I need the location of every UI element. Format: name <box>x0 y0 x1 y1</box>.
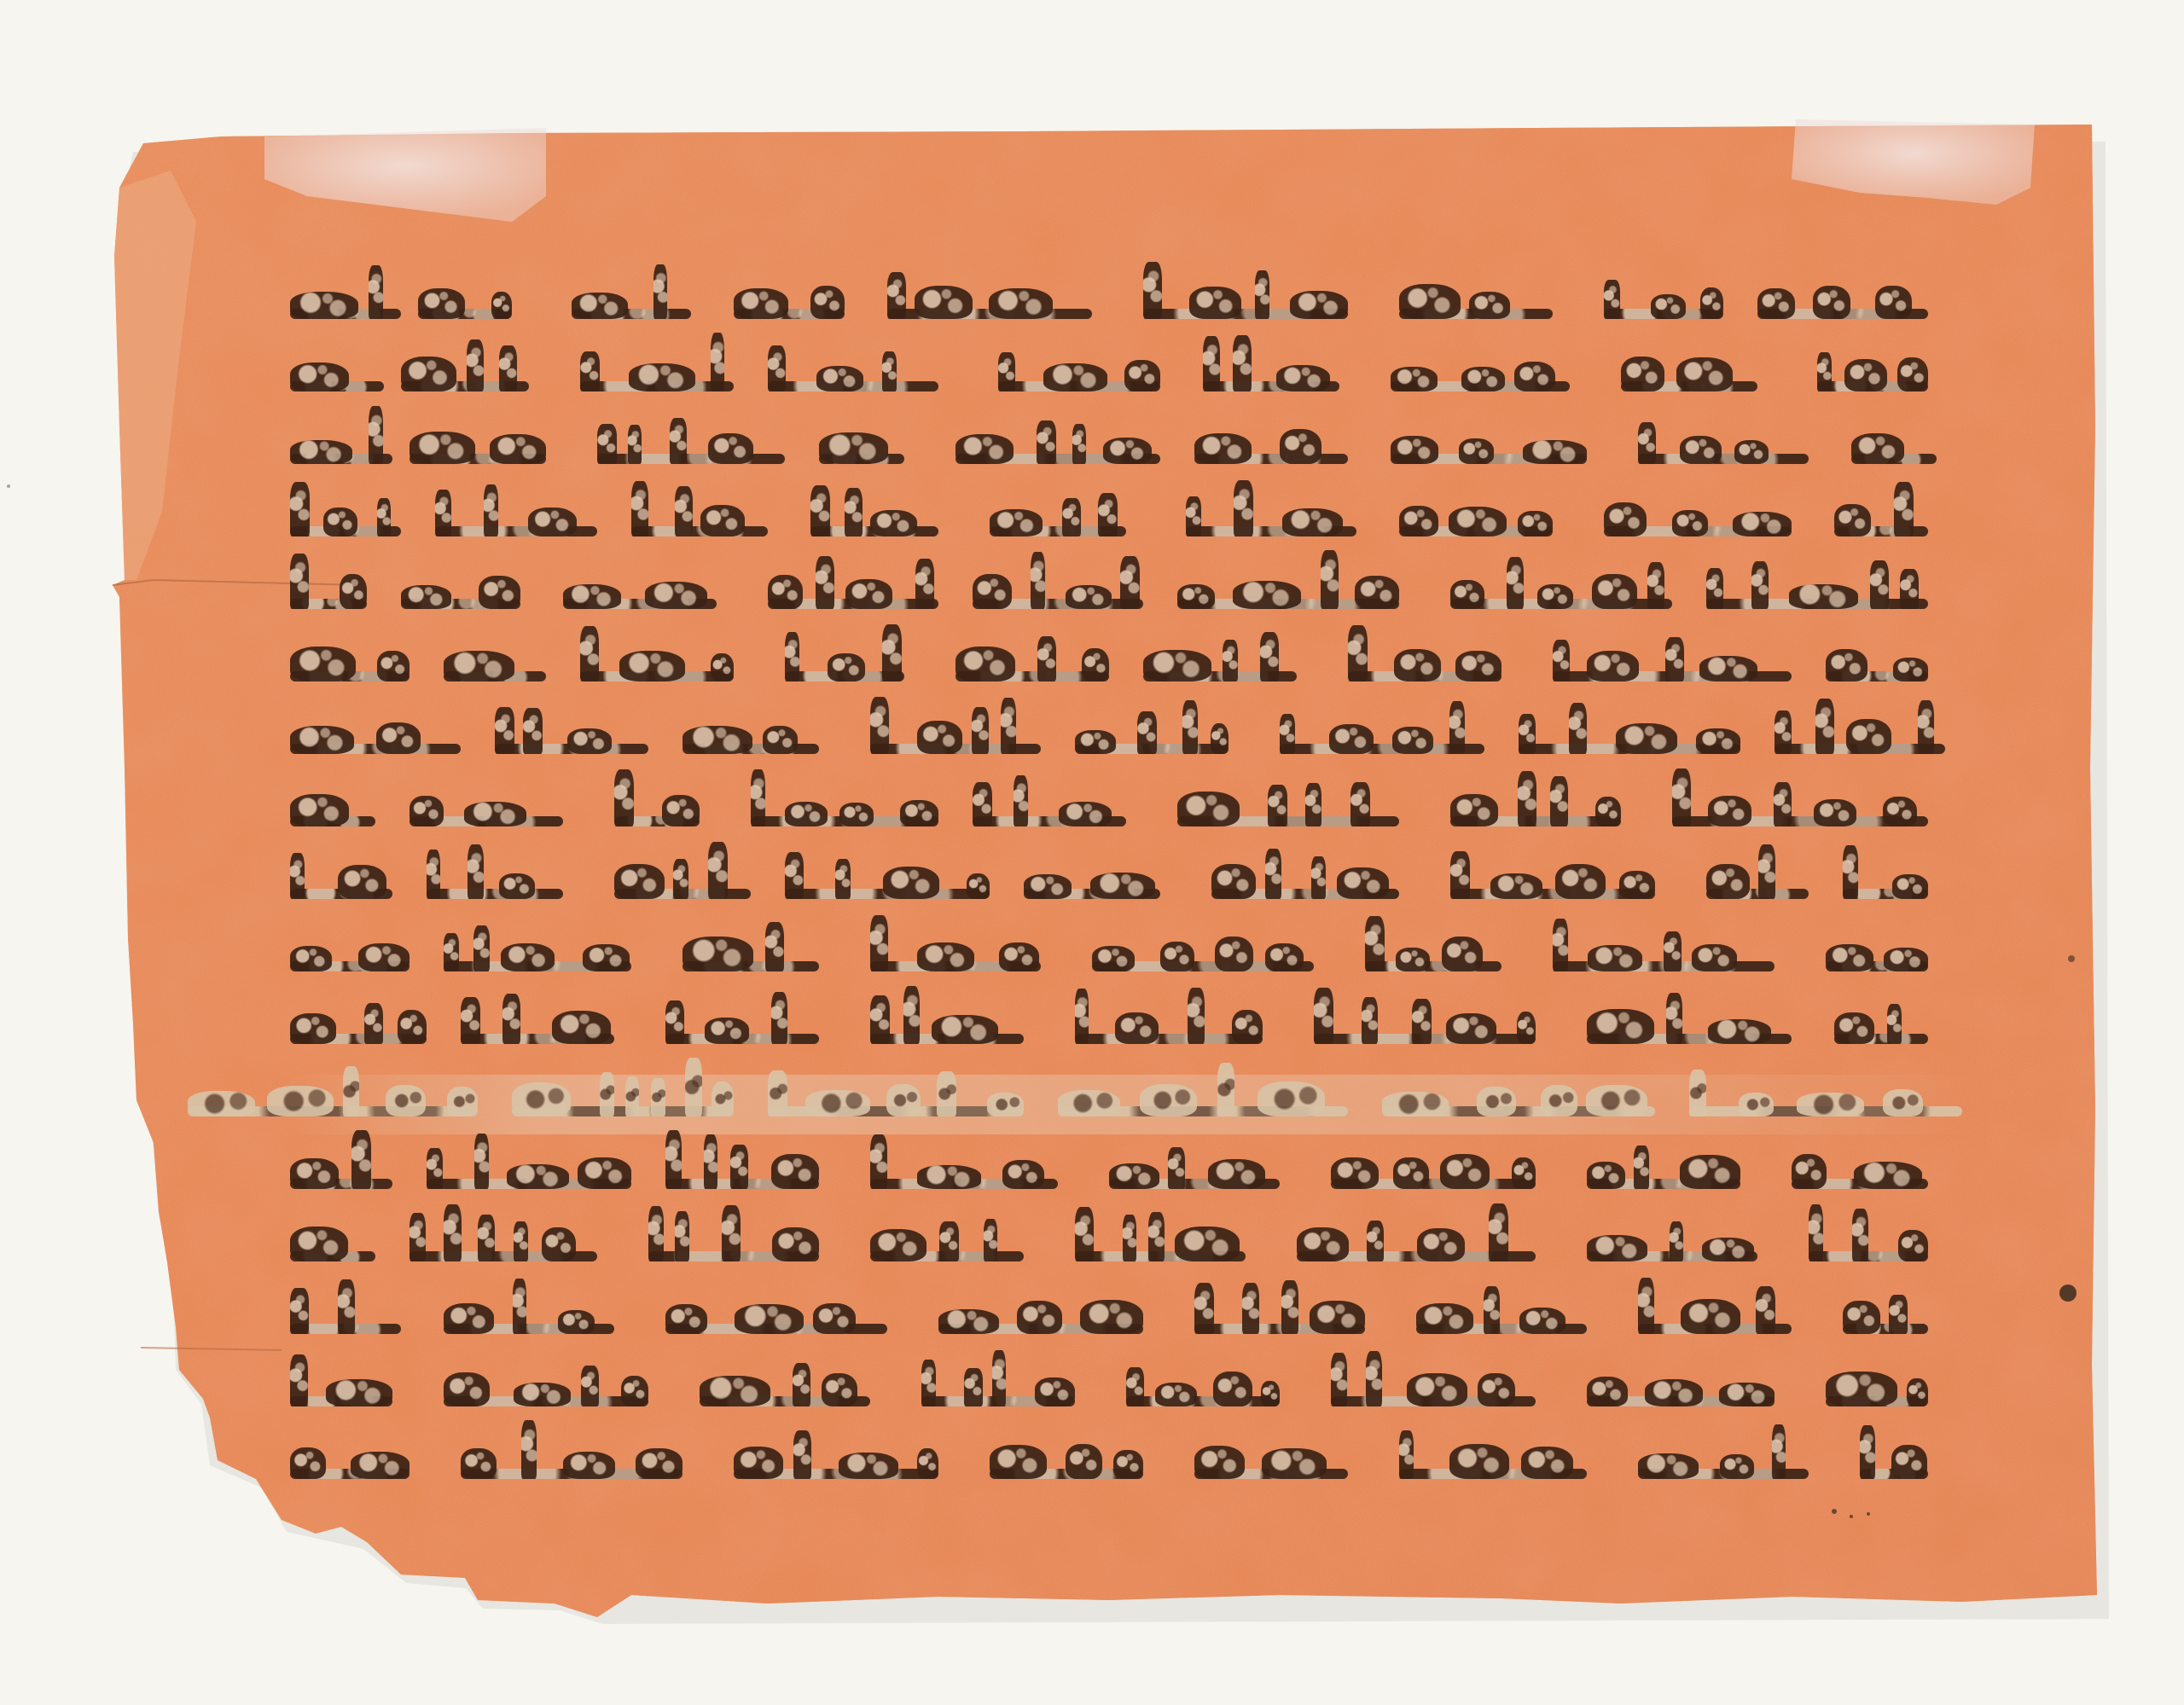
ink-bowl <box>839 803 874 826</box>
ink-bowl <box>1907 1378 1928 1406</box>
ink-stem <box>1518 771 1536 826</box>
ink-stem <box>478 1215 495 1261</box>
ink-bowl <box>845 579 892 609</box>
ink-bowl <box>1681 1299 1740 1334</box>
ink-stem <box>1014 775 1028 826</box>
ink-bowl <box>708 433 753 464</box>
script-line <box>290 774 1979 833</box>
ink-bowl <box>1407 1373 1467 1406</box>
ink-bowl <box>987 1093 1024 1116</box>
ink-bowl <box>1446 1013 1496 1044</box>
ink-bowl <box>386 1085 426 1116</box>
script-line <box>290 1209 1979 1268</box>
ink-bowl <box>1893 658 1928 681</box>
ink-stem <box>1234 480 1253 536</box>
ink-stem <box>1143 262 1162 319</box>
ink-bowl <box>1211 864 1256 899</box>
ink-bowl <box>1035 1377 1075 1406</box>
ink-bowl <box>1331 1157 1379 1189</box>
ink-bowl <box>1586 1085 1647 1116</box>
ink-stem <box>444 1204 462 1261</box>
ink-bowl <box>1155 1383 1197 1406</box>
ink-bowl <box>507 1164 569 1189</box>
ink-bowl <box>917 721 962 754</box>
ink-bowl <box>938 1309 999 1334</box>
ink-stem <box>751 769 765 826</box>
ink-bowl <box>763 726 798 754</box>
ink-stem <box>704 1134 717 1189</box>
ink-stem <box>1037 420 1056 464</box>
ink-bowl <box>1672 510 1708 536</box>
ink-bowl <box>1382 1092 1449 1116</box>
ink-stem <box>1148 1212 1165 1261</box>
ink-bowl <box>1043 363 1107 391</box>
ink-stem <box>1186 496 1201 536</box>
ink-bowl <box>1261 1381 1280 1406</box>
ink-stem <box>972 707 989 754</box>
ink-stem <box>1774 782 1792 826</box>
ink-bowl <box>1680 436 1722 464</box>
ink-bowl <box>501 943 555 971</box>
ink-stem <box>1843 845 1858 899</box>
ink-stem <box>1348 625 1368 681</box>
ink-stem <box>1072 424 1086 464</box>
ink-bowl <box>188 1091 255 1116</box>
ink-bowl <box>1514 362 1555 391</box>
ink-stem <box>1242 1283 1259 1334</box>
edge-spot <box>2059 1285 2077 1302</box>
ink-bowl <box>563 584 621 609</box>
ink-stroke <box>427 889 563 899</box>
ink-bowl <box>1616 723 1677 754</box>
ink-stem <box>1350 782 1370 826</box>
ink-bowl <box>614 864 665 899</box>
ink-stroke <box>597 454 785 464</box>
ink-stem <box>793 1430 811 1479</box>
ink-stem <box>600 1072 614 1116</box>
ink-stem <box>651 1078 665 1116</box>
ink-bowl <box>1391 367 1438 391</box>
ink-bowl <box>290 1013 336 1044</box>
ink-bowl <box>1696 728 1740 754</box>
script-line <box>290 629 1979 688</box>
ink-bowl <box>973 574 1012 609</box>
ink-bowl <box>572 293 628 319</box>
ink-bowl <box>358 943 409 971</box>
ink-bowl <box>1459 438 1494 464</box>
ink-bowl <box>1355 576 1399 609</box>
ink-bowl <box>712 1082 734 1116</box>
ink-bowl <box>409 432 475 464</box>
ink-stem <box>1894 482 1914 536</box>
ink-stem <box>351 1130 371 1189</box>
ink-bowl <box>1592 574 1637 609</box>
ink-bowl <box>267 1086 334 1116</box>
ink-stem <box>1672 768 1691 826</box>
ink-bowl <box>1792 1154 1827 1189</box>
ink-bowl <box>1699 656 1757 681</box>
ink-bowl <box>1189 287 1241 319</box>
ink-stem <box>343 1066 359 1116</box>
script-line <box>290 1281 1979 1341</box>
ink-bowl <box>1883 797 1917 826</box>
ink-stem <box>730 1145 748 1189</box>
ink-stem <box>435 490 451 536</box>
ink-bowl <box>1440 1154 1490 1189</box>
ink-bowl <box>1140 1084 1197 1116</box>
ink-bowl <box>1587 1235 1647 1261</box>
ink-bowl <box>662 795 700 826</box>
ink-stem <box>768 345 786 391</box>
ink-bowl <box>1518 511 1553 536</box>
ink-bowl <box>1734 440 1769 464</box>
ink-bowl <box>1512 1157 1536 1189</box>
ink-bowl <box>1066 585 1112 609</box>
ink-stem <box>937 1071 956 1116</box>
ink-stem <box>369 265 383 319</box>
ink-stem <box>1126 1367 1144 1406</box>
ink-bowl <box>1587 651 1639 681</box>
ink-stem <box>870 697 889 754</box>
ink-bowl <box>1282 508 1343 536</box>
ink-bowl <box>1813 286 1850 319</box>
ink-bowl <box>1276 365 1330 391</box>
ink-bowl <box>1109 1163 1159 1189</box>
script-line <box>290 484 1979 543</box>
ink-stem <box>484 484 498 536</box>
ink-stem <box>1037 636 1056 681</box>
ink-bowl <box>1645 1379 1703 1406</box>
ink-stem <box>1188 988 1205 1044</box>
ink-bowl <box>552 1011 611 1044</box>
ink-stem <box>1817 352 1832 391</box>
ink-stem <box>1223 640 1238 681</box>
ink-bowl <box>1417 1228 1465 1261</box>
ink-stem <box>1182 700 1198 754</box>
ink-bowl <box>1706 864 1750 899</box>
ink-bowl <box>1194 433 1252 464</box>
ink-stroke <box>631 526 768 536</box>
ink-stem <box>499 345 517 391</box>
ink-stem <box>1305 783 1321 826</box>
ink-stem <box>1519 714 1536 754</box>
ink-stem <box>675 486 693 536</box>
ink-bowl <box>990 1445 1047 1479</box>
ink-stem <box>1604 280 1620 319</box>
ink-bowl <box>621 1376 648 1406</box>
ink-stem <box>1489 1203 1508 1261</box>
ink-bowl <box>1080 1300 1143 1334</box>
ink-stem <box>631 481 648 536</box>
script-line <box>290 846 1979 906</box>
ink-bowl <box>1739 1093 1774 1116</box>
ink-bowl <box>1265 943 1304 971</box>
ink-stem <box>1399 1430 1414 1479</box>
ink-stem <box>1137 711 1157 754</box>
ink-bowl <box>290 647 356 681</box>
ink-stem <box>1852 1209 1868 1261</box>
ink-bowl <box>785 802 828 826</box>
ink-bowl <box>444 1303 494 1334</box>
ink-bowl <box>447 1087 478 1116</box>
ink-stem <box>1889 1295 1908 1334</box>
ink-bowl <box>290 362 349 391</box>
ink-stem <box>810 485 830 536</box>
ink-bowl <box>1757 288 1795 319</box>
ink-bowl <box>1392 727 1433 754</box>
ink-bowl <box>1621 357 1664 391</box>
script-line <box>290 1136 1979 1196</box>
ink-bowl <box>1478 1373 1515 1406</box>
ink-bowl <box>1692 944 1737 971</box>
ink-bowl <box>1517 1012 1536 1044</box>
ink-stem <box>427 1148 443 1189</box>
ink-stem <box>444 933 459 971</box>
ink-stem <box>1366 1351 1382 1406</box>
ink-stem <box>984 1219 997 1261</box>
ink-stem <box>1550 776 1568 826</box>
ink-stem <box>1311 856 1326 899</box>
script-line <box>290 339 1979 398</box>
ink-stem <box>502 994 520 1044</box>
ink-stem <box>1062 498 1081 536</box>
ink-bowl <box>1177 792 1240 826</box>
ink-bowl <box>1393 1157 1429 1189</box>
ink-bowl <box>1720 1454 1754 1479</box>
ink-bowl <box>1844 359 1887 391</box>
ink-stem <box>673 859 688 899</box>
ink-bowl <box>578 1157 631 1189</box>
ink-stem <box>771 992 787 1044</box>
ink-bowl <box>461 1448 497 1479</box>
ink-bowl <box>290 292 358 319</box>
ink-stem <box>513 1279 526 1334</box>
ink-bowl <box>1017 1301 1062 1334</box>
ink-stem <box>1751 561 1769 609</box>
ink-bowl <box>1619 871 1655 899</box>
ink-bowl <box>828 653 865 681</box>
ink-stem <box>816 556 834 609</box>
ink-bowl <box>1884 948 1928 971</box>
ink-stem <box>685 1058 702 1116</box>
ink-bowl <box>1232 1010 1263 1044</box>
ink-stem <box>1449 701 1465 754</box>
ink-bowl <box>629 363 695 391</box>
ink-bowl <box>1461 367 1505 391</box>
ink-bowl <box>1208 1159 1265 1189</box>
ink-stem <box>1666 993 1682 1044</box>
ink-bowl <box>955 647 1015 681</box>
ink-stem <box>665 1000 684 1044</box>
ink-stem <box>1815 699 1834 754</box>
ink-stem <box>835 859 851 899</box>
ink-bowl <box>1892 874 1928 899</box>
ink-bowl <box>917 942 974 971</box>
ink-stem <box>1758 844 1775 899</box>
ink-bowl <box>1826 1372 1897 1406</box>
ink-bowl <box>1211 723 1228 754</box>
ink-bowl <box>376 722 421 754</box>
ink-stem <box>1123 1215 1136 1261</box>
ink-stem <box>998 352 1015 391</box>
ink-bowl <box>351 1452 409 1479</box>
ink-bowl <box>636 1448 682 1479</box>
ink-stem <box>1365 916 1385 971</box>
ink-bowl <box>768 575 803 609</box>
ink-bowl <box>528 507 577 536</box>
ink-bowl <box>491 292 512 319</box>
ink-bowl <box>1702 1238 1754 1261</box>
ink-bowl <box>1700 287 1723 319</box>
ink-bowl <box>1587 1377 1628 1406</box>
ink-bowl <box>1708 1019 1771 1044</box>
ink-stem <box>915 559 934 609</box>
script-line <box>290 701 1979 761</box>
ink-stem <box>648 1206 664 1261</box>
ink-stem <box>290 853 305 899</box>
ink-bowl <box>1587 1009 1654 1044</box>
ink-bowl <box>822 1373 857 1406</box>
ink-bowl <box>771 1154 819 1189</box>
ink-stem <box>921 1360 936 1406</box>
ink-stem <box>1075 1207 1094 1261</box>
ink-stem <box>1689 1070 1706 1116</box>
ink-bowl <box>444 1372 490 1406</box>
ink-stem <box>495 707 514 754</box>
ink-stem <box>1638 1278 1654 1334</box>
ink-bowl <box>290 1158 339 1189</box>
ink-bowl <box>1676 357 1733 391</box>
ink-bowl <box>1898 1230 1928 1261</box>
ink-bowl <box>583 944 630 971</box>
ink-stem <box>785 632 799 681</box>
ink-bowl <box>1396 948 1430 971</box>
ink-bowl <box>398 1010 427 1044</box>
ink-stem <box>1809 1204 1823 1261</box>
ink-bowl <box>1450 794 1498 826</box>
ink-bowl <box>1469 292 1510 319</box>
ink-bowl <box>917 1165 981 1189</box>
ink-stem <box>1772 1424 1786 1479</box>
ink-stem <box>1638 422 1656 464</box>
ink-stem <box>1255 270 1269 319</box>
ink-bowl <box>1588 945 1642 971</box>
ink-stem <box>1281 1280 1298 1334</box>
ink-bowl <box>1090 873 1155 899</box>
ink-bowl <box>326 1379 392 1406</box>
ink-bowl <box>917 1448 938 1479</box>
ink-bowl <box>1215 937 1253 971</box>
ink-bowl <box>682 726 752 754</box>
ink-bowl <box>1399 506 1438 536</box>
ink-bowl <box>290 1227 348 1261</box>
ink-bowl <box>499 873 535 899</box>
ink-bowl <box>665 1304 707 1334</box>
ink-bowl <box>1604 502 1647 536</box>
ink-stem <box>1217 1063 1234 1116</box>
ink-bowl <box>409 796 444 826</box>
ink-bowl <box>464 802 526 826</box>
ink-stem <box>1647 562 1664 609</box>
ink-bowl <box>967 873 990 899</box>
ink-bowl <box>542 1227 576 1261</box>
ink-bowl <box>839 1453 898 1479</box>
ink-bowl <box>1541 1085 1577 1116</box>
ink-bowl <box>490 434 546 464</box>
ink-bowl <box>883 867 939 899</box>
ink-stem <box>1484 1286 1500 1334</box>
ink-bowl <box>1329 724 1374 754</box>
script-line <box>290 1426 1979 1486</box>
ink-stem <box>973 782 992 826</box>
ink-stem <box>675 1211 689 1261</box>
ink-stem <box>1664 931 1682 971</box>
ink-stem <box>1918 700 1934 754</box>
ink-stem <box>670 418 687 464</box>
ink-bowl <box>1337 867 1389 899</box>
ink-bowl <box>819 432 888 464</box>
ink-stem <box>1321 550 1339 609</box>
ink-stem <box>1507 557 1524 609</box>
ink-stem <box>793 1363 810 1406</box>
ink-stem <box>580 351 600 391</box>
ink-bowl <box>401 585 451 609</box>
ink-stroke <box>1126 1396 1280 1406</box>
ink-bowl <box>1194 1446 1245 1479</box>
ink-bowl <box>1310 1301 1365 1334</box>
ink-bowl <box>1115 1012 1159 1044</box>
ink-bowl <box>1143 650 1211 681</box>
ink-stem <box>1412 999 1432 1044</box>
ink-stem <box>521 1420 537 1479</box>
ink-stem <box>1665 637 1684 681</box>
ink-bowl <box>563 1452 615 1479</box>
ink-stem <box>614 769 634 826</box>
ink-stem <box>1098 493 1118 536</box>
ink-bowl <box>619 651 685 681</box>
ink-stem <box>870 915 888 971</box>
ink-bowl <box>900 800 938 826</box>
ink-bowl <box>1826 944 1873 971</box>
ink-bowl <box>290 946 332 971</box>
ink-stem <box>1120 556 1140 609</box>
ink-stem <box>1887 1004 1902 1044</box>
ink-stem <box>290 482 310 536</box>
ink-stem <box>1756 1286 1775 1334</box>
ink-bowl <box>816 366 863 391</box>
ink-bowl <box>558 1310 595 1334</box>
ink-bowl <box>915 286 973 319</box>
ink-stem <box>785 852 804 899</box>
ink-stem <box>1860 1425 1875 1479</box>
ink-stem <box>887 272 906 319</box>
ink-stem <box>765 922 784 971</box>
ink-bowl <box>1595 797 1621 826</box>
ink-bowl <box>377 651 409 681</box>
ink-bowl <box>1587 1162 1625 1189</box>
ink-stem <box>1367 1221 1384 1261</box>
ink-bowl <box>682 937 753 971</box>
ink-bowl <box>1399 284 1461 319</box>
ink-stem <box>939 1221 959 1261</box>
ink-bowl <box>514 1383 571 1406</box>
ink-bowl <box>290 726 354 754</box>
ink-stem <box>870 1134 887 1189</box>
ink-bowl <box>870 1229 926 1261</box>
ink-stem <box>1168 1147 1185 1189</box>
ink-bowl <box>418 288 465 319</box>
ink-stem <box>369 406 383 464</box>
